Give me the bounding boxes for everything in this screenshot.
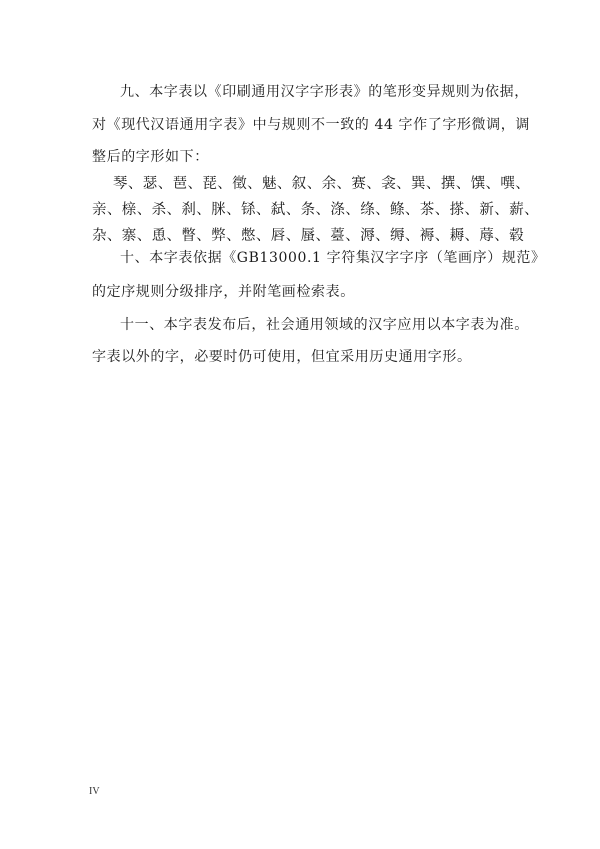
paragraph-9-line-3: 整后的字形如下： (92, 148, 512, 166)
paragraph-9-line-1: 九、本字表以《印刷通用汉字字形表》的笔形变异规则为依据， (120, 83, 540, 101)
paragraph-10-line-2: 的定序规则分级排序，并附笔画检索表。 (92, 283, 512, 301)
paragraph-11-line-2: 字表以外的字，必要时仍可使用，但宜采用历史通用字形。 (92, 348, 512, 366)
character-row-1: 琴、瑟、琶、琵、徵、魅、叙、余、赛、衾、巽、撰、馔、噀、 (113, 175, 533, 193)
character-row-2: 亲、榇、杀、刹、脒、铩、弑、条、涤、绦、鲦、茶、搽、新、薪、 (92, 201, 512, 219)
paragraph-9-line-2: 对《现代汉语通用字表》中与规则不一致的 44 字作了字形微调，调 (92, 116, 512, 134)
paragraph-10-line-1: 十、本字表依据《GB13000.1 字符集汉字字序（笔画序）规范》 (120, 249, 540, 267)
character-row-3: 杂、寨、恿、瞥、弊、憋、唇、蜃、薹、溽、缛、褥、耨、蓐、毂 (92, 227, 512, 245)
paragraph-11-line-1: 十一、本字表发布后，社会通用领域的汉字应用以本字表为准。 (120, 316, 540, 334)
page-number: IV (89, 786, 100, 797)
